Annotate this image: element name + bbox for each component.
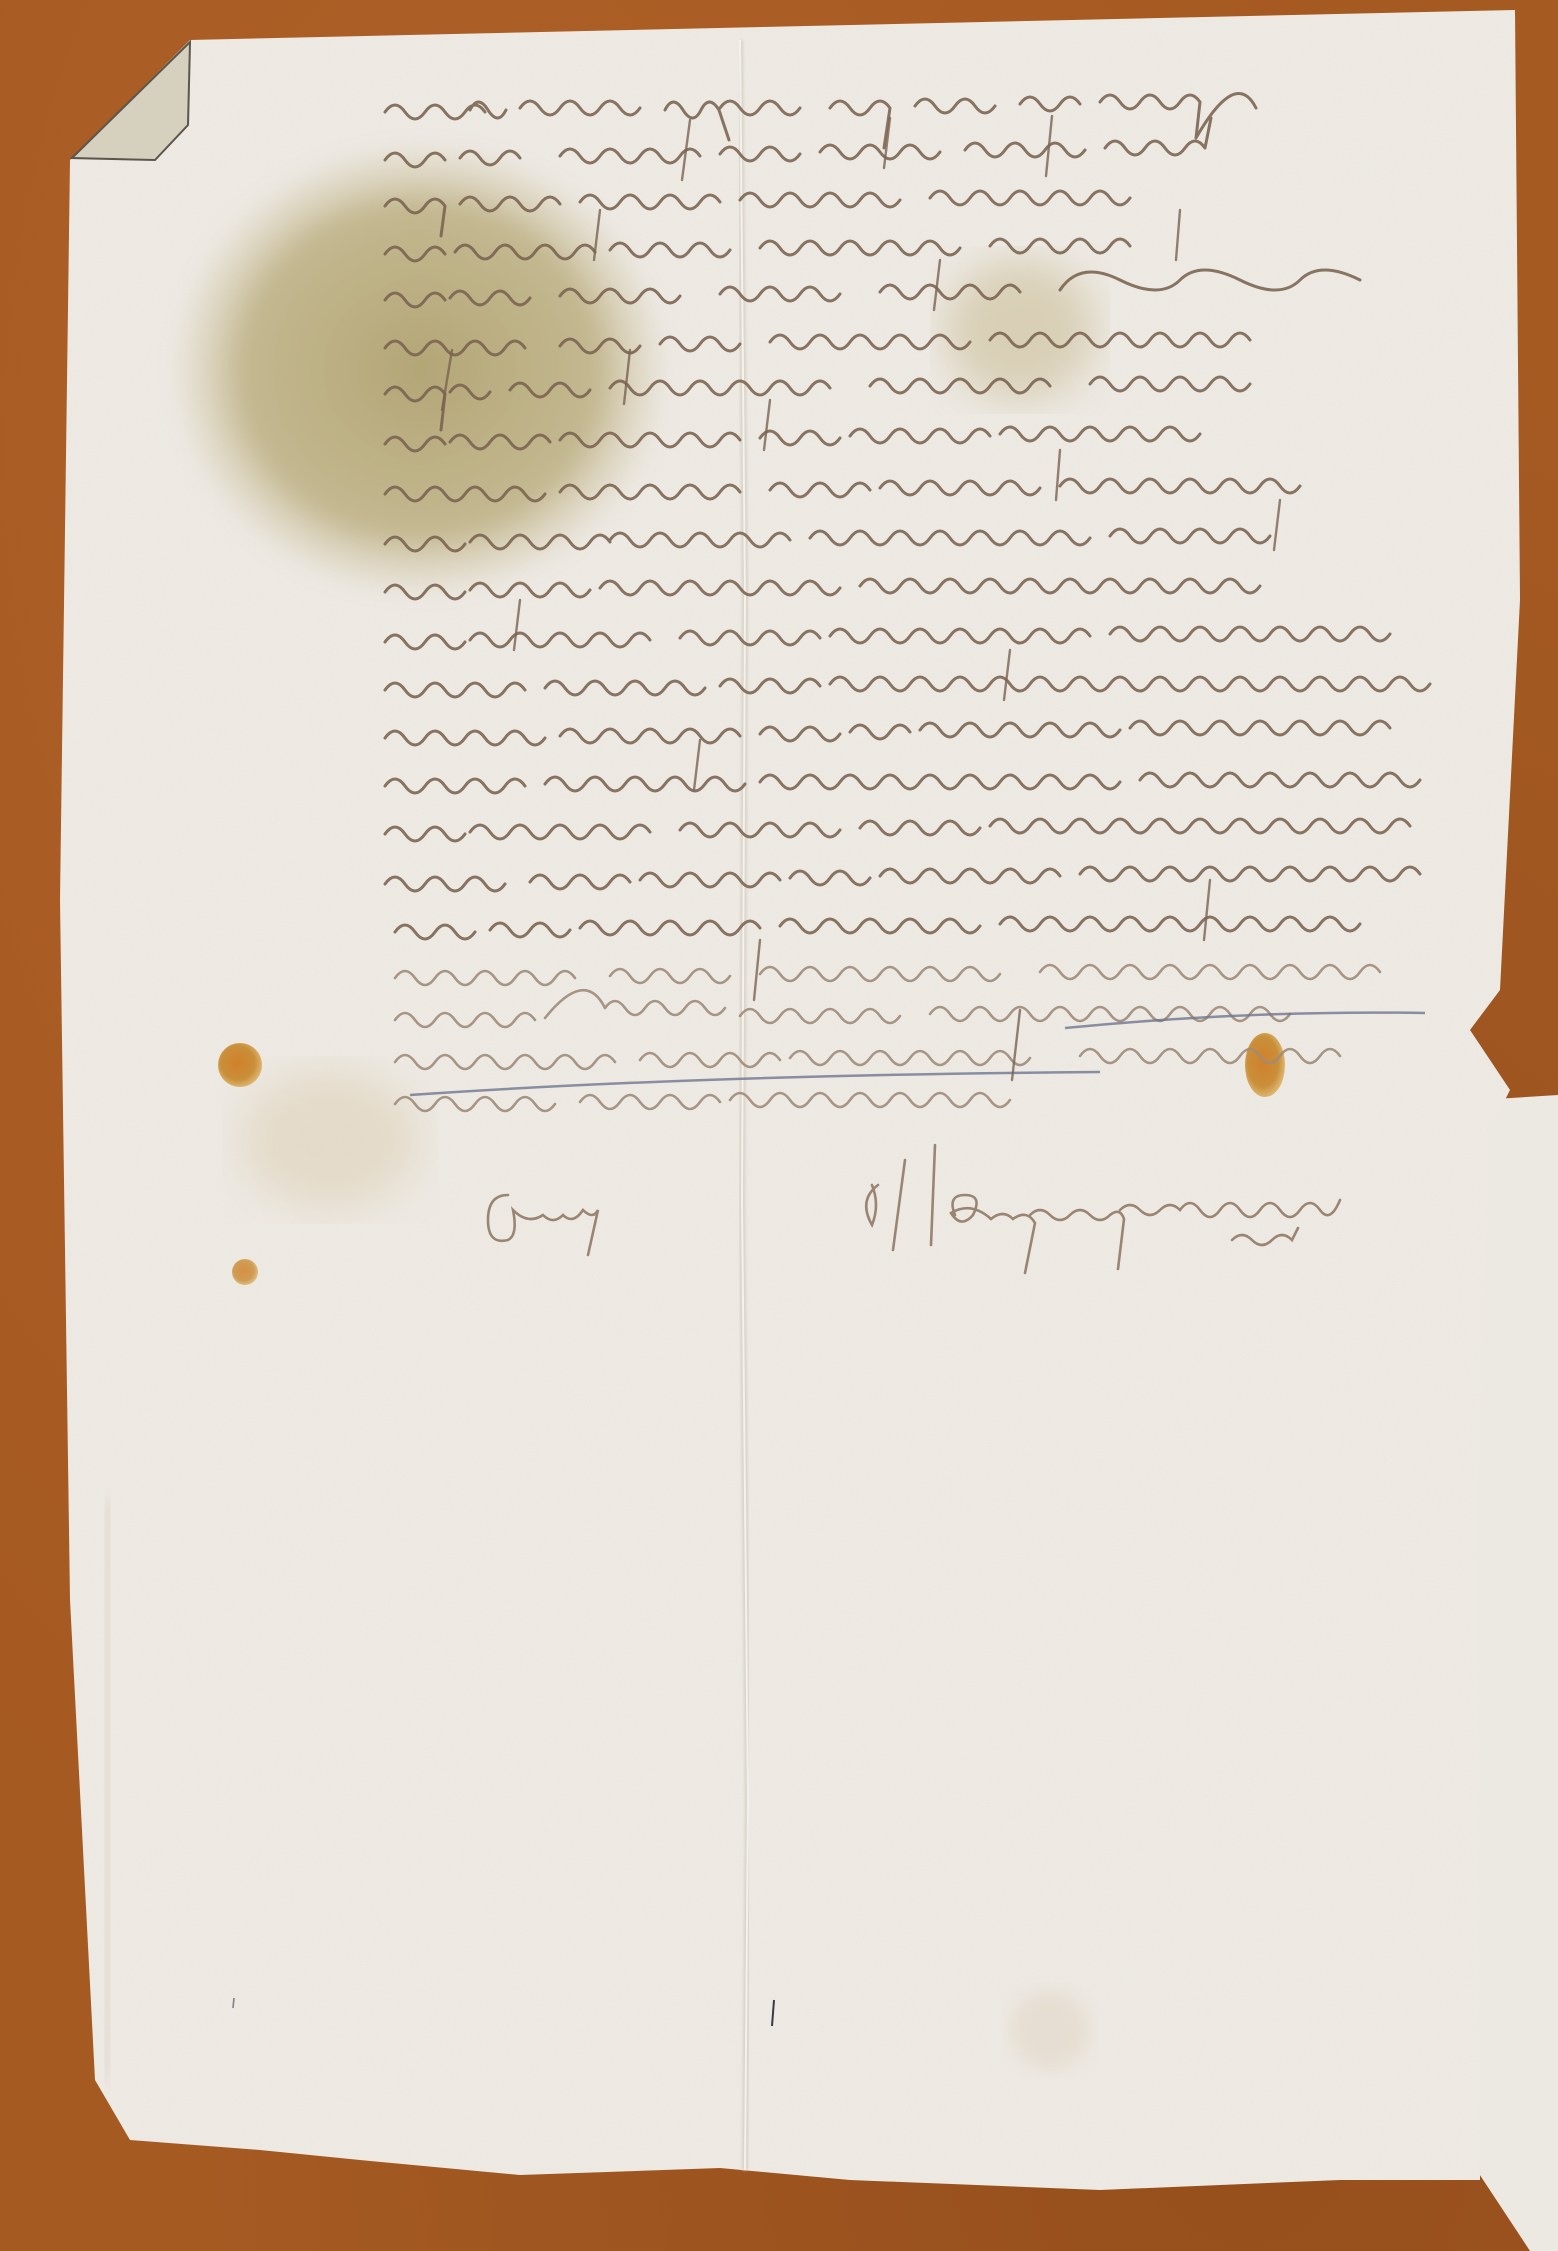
small-stain-top	[945, 260, 1095, 400]
wax-drop-right	[1245, 1033, 1285, 1097]
faint-stain-left	[240, 1070, 420, 1210]
faint-stain-bottom	[1010, 1990, 1090, 2070]
manuscript-scene	[0, 0, 1558, 2251]
left-edge-fold	[105, 1500, 110, 2080]
large-water-stain	[170, 140, 670, 600]
folded-corner	[72, 42, 190, 160]
wax-drop-left	[218, 1043, 262, 1087]
wax-drop-left-small	[232, 1259, 258, 1285]
